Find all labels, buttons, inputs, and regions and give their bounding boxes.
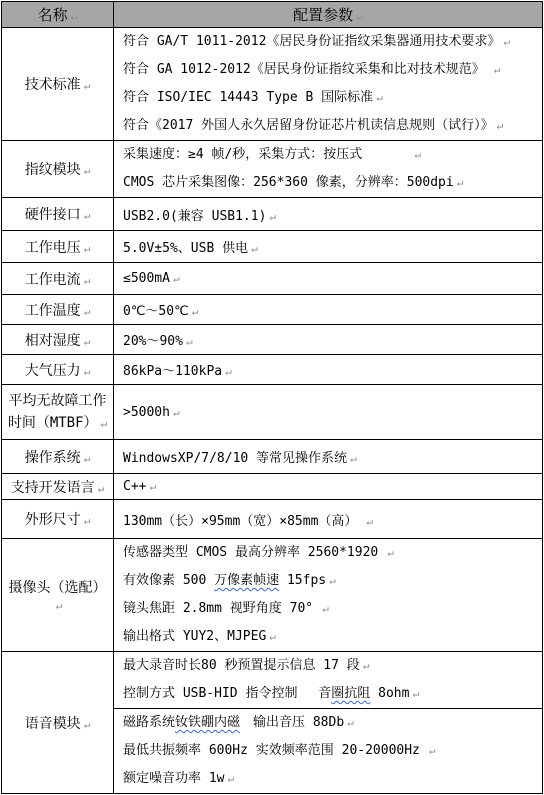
- paragraph-mark-icon: ↵: [322, 602, 329, 615]
- spec-line-text: 输出格式 YUY2、MJPEG: [123, 629, 266, 644]
- row-label-hardware-interface: 硬件接口↵: [2, 198, 114, 231]
- paragraph-mark-icon: ↵: [56, 599, 63, 612]
- paragraph-mark-icon: ↵: [269, 630, 276, 643]
- paragraph-mark-icon: ↵: [84, 242, 91, 255]
- row-value-dev-language: C++↵: [114, 474, 543, 500]
- row-label-dev-language: 支持开发语言↵: [2, 474, 114, 500]
- spec-line-text: WindowsXP/7/8/10 等常见操作系统: [123, 451, 347, 466]
- row-relative-humidity: 相对湿度↵ 20%～90%↵: [2, 325, 543, 355]
- spec-line-text: 采集速度：≥4 帧/秒，采集方式：按压式: [123, 147, 362, 162]
- row-value-voice-module-2: 磁路系统钕铁硼内磁 输出音压 88Db↵ 最低共振频率 600Hz 实效频率范围…: [114, 709, 543, 794]
- row-label-text: 支持开发语言: [11, 480, 95, 496]
- spec-line: 采集速度：≥4 帧/秒，采集方式：按压式↵: [123, 141, 538, 169]
- paragraph-mark-icon: ↵: [376, 91, 383, 104]
- row-label-text: 摄像头（选配）: [9, 580, 107, 596]
- row-label-text: 语音模块: [25, 716, 81, 732]
- row-dimensions: 外形尺寸↵ 130mm（长）×95mm（宽）×85mm（高）↵: [2, 500, 543, 539]
- row-label-line2: 时间（MTBF）↵: [4, 412, 111, 435]
- column-header-params-text: 配置参数: [293, 6, 353, 24]
- row-value-tech-standards: 符合 GA/T 1011-2012《居民身份证指纹采集器通用技术要求》↵ 符合 …: [114, 28, 543, 141]
- row-label-operating-temperature: 工作温度↵: [2, 295, 114, 325]
- row-value-operating-temperature: 0℃～50℃↵: [114, 295, 543, 325]
- spec-line-text: 86kPa～110kPa: [123, 364, 222, 379]
- row-label-dimensions: 外形尺寸↵: [2, 500, 114, 539]
- spec-line: 额定噪音功率 1w↵: [123, 765, 538, 793]
- paragraph-mark-icon: ↵: [84, 79, 91, 92]
- spec-line-text: 15fps: [279, 573, 326, 588]
- row-label-text: 技术标准: [25, 77, 81, 93]
- spec-line-text: 有效像素 500: [123, 573, 214, 588]
- row-fingerprint-module: 指纹模块↵ 采集速度：≥4 帧/秒，采集方式：按压式↵ CMOS 芯片采集图像：…: [2, 141, 543, 198]
- paragraph-mark-icon: ↵: [173, 272, 180, 285]
- paragraph-mark-icon: ↵: [329, 574, 336, 587]
- paragraph-mark-icon: ↵: [429, 744, 436, 757]
- row-label-relative-humidity: 相对湿度↵: [2, 325, 114, 355]
- row-label-atmospheric-pressure: 大气压力↵: [2, 355, 114, 385]
- row-value-atmospheric-pressure: 86kPa～110kPa↵: [114, 355, 543, 385]
- spec-line-text: USB2.0(兼容 USB1.1): [123, 209, 266, 224]
- spec-line: 传感器类型 CMOS 最高分辨率 2560*1920↵: [123, 539, 538, 567]
- row-value-voice-module-1: 最大录音时长80 秒预置提示信息 17 段↵ 控制方式 USB-HID 指令控制…: [114, 652, 543, 709]
- row-value-operating-current: ≤500mA↵: [114, 263, 543, 295]
- spec-line: 符合《2017 外国人永久居留身份证芯片机读信息规则（试行）》↵: [123, 112, 538, 140]
- spec-line: 控制方式 USB-HID 指令控制 音圈抗阻 8ohm↵: [123, 680, 538, 708]
- paragraph-mark-icon: ↵: [269, 210, 276, 223]
- paragraph-mark-icon: ↵: [227, 772, 234, 785]
- column-header-name: 名称↵: [2, 2, 114, 28]
- paragraph-mark-icon: ↵: [71, 10, 78, 23]
- spec-line-text: 传感器类型 CMOS 最高分辨率 2560*1920: [123, 545, 378, 560]
- spec-line-text: 符合 ISO/IEC 14443 Type B 国际标准: [123, 90, 373, 105]
- row-label-camera-optional: 摄像头（选配）↵: [2, 539, 114, 652]
- spellcheck-flagged-text: 钕铁硼内磁: [175, 715, 240, 730]
- paragraph-mark-icon: ↵: [251, 242, 258, 255]
- spec-sheet: 名称↵ 配置参数↵ 技术标准↵ 符合 GA/T 1011-2012《居民身份证指…: [1, 1, 543, 794]
- row-label-text: 指纹模块: [25, 162, 81, 178]
- paragraph-mark-icon: ↵: [494, 63, 501, 76]
- paragraph-mark-icon: ↵: [363, 659, 370, 672]
- paragraph-mark-icon: ↵: [356, 10, 363, 23]
- spec-line-text: 控制方式 USB-HID 指令控制 音: [123, 686, 331, 701]
- row-value-mtbf: >5000h↵: [114, 385, 543, 440]
- row-label-text: 工作电流: [25, 272, 81, 288]
- paragraph-mark-icon: ↵: [84, 305, 91, 318]
- spec-line-text: 磁路系统: [123, 715, 175, 730]
- row-value-operating-voltage: 5.0V±5%、USB 供电↵: [114, 231, 543, 263]
- spec-line-text: C++: [123, 479, 146, 494]
- spellcheck-flagged-text: 万像素帧速: [214, 573, 279, 588]
- paragraph-mark-icon: ↵: [192, 305, 199, 318]
- row-operating-system: 操作系统↵ WindowsXP/7/8/10 等常见操作系统↵: [2, 440, 543, 474]
- spec-line: 最低共振频率 600Hz 实效频率范围 20-20000Hz↵: [123, 737, 538, 765]
- paragraph-mark-icon: ↵: [173, 406, 180, 419]
- spec-line: 符合 GA 1012-2012《居民身份证指纹采集和比对技术规范》↵: [123, 56, 538, 84]
- paragraph-mark-icon: ↵: [84, 274, 91, 287]
- spellcheck-flagged-text: 圈抗阻: [331, 686, 370, 701]
- spec-table: 名称↵ 配置参数↵ 技术标准↵ 符合 GA/T 1011-2012《居民身份证指…: [1, 1, 543, 794]
- paragraph-mark-icon: ↵: [387, 546, 394, 559]
- paragraph-mark-icon: ↵: [84, 514, 91, 527]
- row-hardware-interface: 硬件接口↵ USB2.0(兼容 USB1.1)↵: [2, 198, 543, 231]
- column-header-params: 配置参数↵: [114, 2, 543, 28]
- spec-line-text: 130mm（长）×95mm（宽）×85mm（高）: [123, 514, 357, 529]
- row-label-operating-voltage: 工作电压↵: [2, 231, 114, 263]
- paragraph-mark-icon: ↵: [84, 365, 91, 378]
- row-label-text: 工作温度: [25, 303, 81, 319]
- row-dev-language: 支持开发语言↵ C++↵: [2, 474, 543, 500]
- row-operating-current: 工作电流↵ ≤500mA↵: [2, 263, 543, 295]
- spec-line: 输出格式 YUY2、MJPEG↵: [123, 623, 538, 651]
- row-value-camera-optional: 传感器类型 CMOS 最高分辨率 2560*1920↵ 有效像素 500 万像素…: [114, 539, 543, 652]
- row-label-mtbf: 平均无故障工作 时间（MTBF）↵: [2, 385, 114, 440]
- paragraph-mark-icon: ↵: [84, 718, 91, 731]
- paragraph-mark-icon: ↵: [186, 335, 193, 348]
- spec-line: 符合 ISO/IEC 14443 Type B 国际标准↵: [123, 84, 538, 112]
- row-atmospheric-pressure: 大气压力↵ 86kPa～110kPa↵: [2, 355, 543, 385]
- spec-line-text: 0℃～50℃: [123, 304, 189, 319]
- row-label-text: 硬件接口: [25, 207, 81, 223]
- spec-line: 镜头焦距 2.8mm 视野角度 70°↵: [123, 595, 538, 623]
- row-label-tech-standards: 技术标准↵: [2, 28, 114, 141]
- spec-line-text: ≤500mA: [123, 271, 170, 286]
- spec-line-text: 最大录音时长80 秒预置提示信息 17 段: [123, 658, 360, 673]
- paragraph-mark-icon: ↵: [101, 417, 108, 430]
- row-label-operating-system: 操作系统↵: [2, 440, 114, 474]
- row-tech-standards: 技术标准↵ 符合 GA/T 1011-2012《居民身份证指纹采集器通用技术要求…: [2, 28, 543, 141]
- spec-line-text: 5.0V±5%、USB 供电: [123, 241, 248, 256]
- spec-line-text: 8ohm: [370, 686, 409, 701]
- row-label-text: 相对湿度: [25, 333, 81, 349]
- paragraph-mark-icon: ↵: [497, 119, 504, 132]
- spec-line-text: 额定噪音功率 1w: [123, 771, 224, 786]
- row-label-text: 大气压力: [25, 363, 81, 379]
- row-value-fingerprint-module: 采集速度：≥4 帧/秒，采集方式：按压式↵ CMOS 芯片采集图像：256*36…: [114, 141, 543, 198]
- row-value-relative-humidity: 20%～90%↵: [114, 325, 543, 355]
- spec-line-text: >5000h: [123, 405, 170, 420]
- paragraph-mark-icon: ↵: [149, 480, 156, 493]
- row-label-line1: 平均无故障工作: [4, 390, 111, 412]
- spec-line-text: 最低共振频率 600Hz 实效频率范围 20-20000Hz: [123, 743, 420, 758]
- spec-line: CMOS 芯片采集图像：256*360 像素，分辨率：500dpi↵: [123, 169, 538, 197]
- paragraph-mark-icon: ↵: [457, 176, 464, 189]
- paragraph-mark-icon: ↵: [84, 164, 91, 177]
- row-label-text: 工作电压: [25, 240, 81, 256]
- paragraph-mark-icon: ↵: [84, 452, 91, 465]
- column-header-name-text: 名称: [38, 6, 68, 24]
- row-label-operating-current: 工作电流↵: [2, 263, 114, 295]
- spec-line-text: CMOS 芯片采集图像：256*360 像素，分辨率：500dpi: [123, 175, 454, 190]
- paragraph-mark-icon: ↵: [414, 148, 421, 161]
- row-label-text: 外形尺寸: [25, 512, 81, 528]
- row-label-text: 时间（MTBF）: [8, 415, 98, 431]
- spec-line-text: 符合《2017 外国人永久居留身份证芯片机读信息规则（试行）》: [123, 118, 494, 133]
- row-operating-voltage: 工作电压↵ 5.0V±5%、USB 供电↵: [2, 231, 543, 263]
- spec-line-text: 20%～90%: [123, 334, 183, 349]
- spec-line-text: 符合 GA/T 1011-2012《居民身份证指纹采集器通用技术要求》: [123, 34, 500, 49]
- paragraph-mark-icon: ↵: [98, 482, 105, 495]
- row-voice-module: 语音模块↵ 最大录音时长80 秒预置提示信息 17 段↵ 控制方式 USB-HI…: [2, 652, 543, 709]
- row-mtbf: 平均无故障工作 时间（MTBF）↵ >5000h↵: [2, 385, 543, 440]
- row-label-fingerprint-module: 指纹模块↵: [2, 141, 114, 198]
- paragraph-mark-icon: ↵: [225, 365, 232, 378]
- spec-line-text: 符合 GA 1012-2012《居民身份证指纹采集和比对技术规范》: [123, 62, 485, 77]
- paragraph-mark-icon: ↵: [350, 452, 357, 465]
- spec-line-text: 镜头焦距 2.8mm 视野角度 70°: [123, 601, 313, 616]
- row-label-voice-module: 语音模块↵: [2, 652, 114, 794]
- paragraph-mark-icon: ↵: [84, 209, 91, 222]
- row-value-dimensions: 130mm（长）×95mm（宽）×85mm（高）↵: [114, 500, 543, 539]
- paragraph-mark-icon: ↵: [412, 687, 419, 700]
- spec-line: 有效像素 500 万像素帧速 15fps↵: [123, 567, 538, 595]
- paragraph-mark-icon: ↵: [84, 335, 91, 348]
- header-row: 名称↵ 配置参数↵: [2, 2, 543, 28]
- row-value-hardware-interface: USB2.0(兼容 USB1.1)↵: [114, 198, 543, 231]
- spec-line-text: 输出音压 88Db: [240, 715, 344, 730]
- row-camera-optional: 摄像头（选配）↵ 传感器类型 CMOS 最高分辨率 2560*1920↵ 有效像…: [2, 539, 543, 652]
- spec-line: 磁路系统钕铁硼内磁 输出音压 88Db↵: [123, 709, 538, 737]
- spec-line: 符合 GA/T 1011-2012《居民身份证指纹采集器通用技术要求》↵: [123, 28, 538, 56]
- paragraph-mark-icon: ↵: [347, 716, 354, 729]
- spec-line: 最大录音时长80 秒预置提示信息 17 段↵: [123, 652, 538, 680]
- row-operating-temperature: 工作温度↵ 0℃～50℃↵: [2, 295, 543, 325]
- row-value-operating-system: WindowsXP/7/8/10 等常见操作系统↵: [114, 440, 543, 474]
- paragraph-mark-icon: ↵: [366, 515, 373, 528]
- row-label-text: 操作系统: [25, 450, 81, 466]
- paragraph-mark-icon: ↵: [503, 35, 510, 48]
